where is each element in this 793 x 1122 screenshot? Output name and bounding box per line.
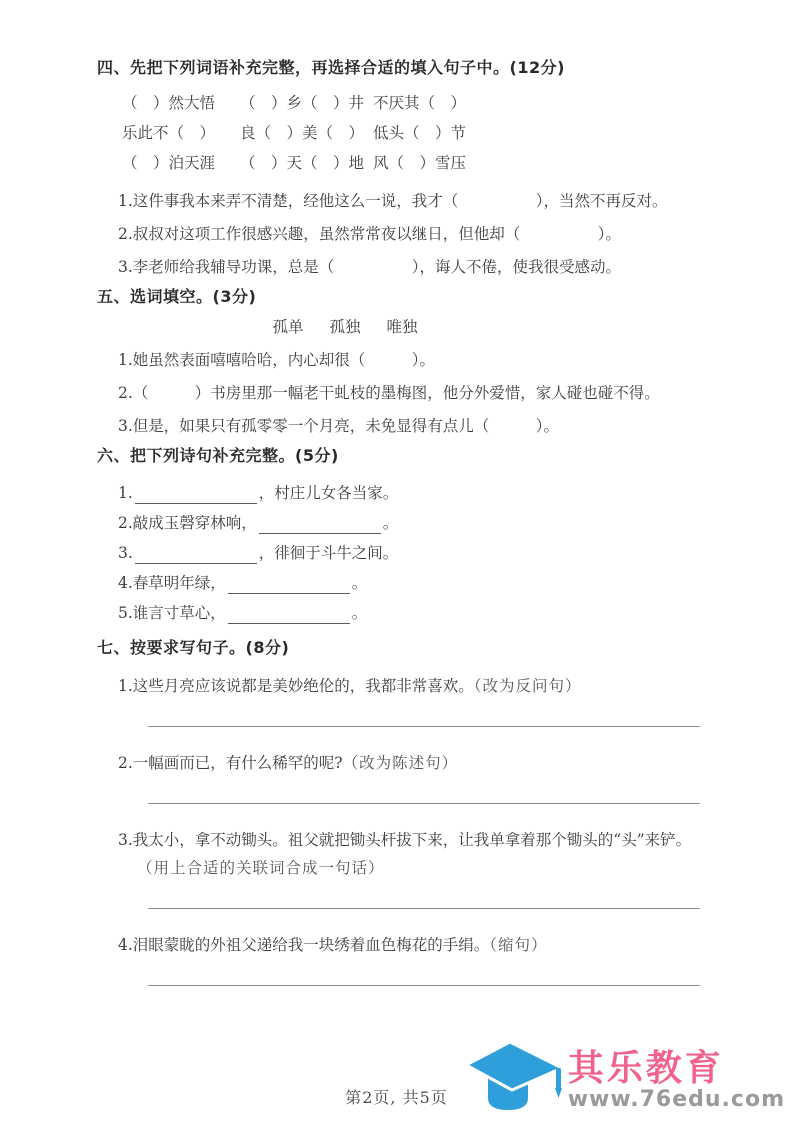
section-four: 四、先把下列词语补充完整，再选择合适的填入句子中。(12分) （ ）然大悟 （ … xyxy=(97,58,713,277)
idiom-blank: 乐此不（ ） xyxy=(122,123,240,143)
idiom-row: 乐此不（ ） 良（ ）美（ ） 低头（ ）节 xyxy=(122,118,713,148)
section-four-title: 四、先把下列词语补充完整，再选择合适的填入句子中。(12分) xyxy=(97,58,713,78)
section-seven: 七、按要求写句子。(8分) 1.这些月亮应该说都是美妙绝伦的，我都非常喜欢。（改… xyxy=(97,638,713,986)
idiom-blank: 低头（ ）节 xyxy=(373,123,713,143)
idiom-grid: （ ）然大悟 （ ）乡（ ）井 不厌其（ ） 乐此不（ ） 良（ ）美（ ） 低… xyxy=(122,88,713,178)
answer-line xyxy=(148,726,700,727)
idiom-blank: 风（ ）雪压 xyxy=(373,153,713,173)
poem-line-text: 5.谁言寸草心， xyxy=(118,602,226,624)
rewrite-question: 3.我太小，拿不动锄头。祖父就把锄头杆拔下来，让我单拿着那个锄头的“头”来铲。（… xyxy=(137,826,713,882)
brand-name: 其乐教育 xyxy=(568,1050,724,1088)
fill-in-question: 3.但是，如果只有孤零零一个月亮，未免显得有点儿（ ）。 xyxy=(137,416,713,436)
question-hint: （改为陈述句） xyxy=(343,754,459,772)
word-bank-item: 孤独 xyxy=(329,317,360,337)
question-hint: （缩句） xyxy=(489,936,547,954)
brand-text-block: 其乐教育 www.76edu.com xyxy=(568,1050,785,1120)
fill-in-question: 2.叔叔对这项工作很感兴趣，虽然常常夜以继日，但他却（ ）。 xyxy=(137,224,713,244)
word-bank-item: 孤单 xyxy=(272,317,303,337)
brand-website: www.76edu.com xyxy=(568,1088,785,1112)
poem-line-text: 。 xyxy=(383,512,399,534)
question-hint: （改为反问句） xyxy=(474,677,582,695)
word-bank: 孤单 孤独 唯独 xyxy=(97,317,593,337)
section-seven-title: 七、按要求写句子。(8分) xyxy=(97,638,713,658)
poem-blank-line xyxy=(228,608,350,624)
fill-in-question: 2.（ ）书房里那一幅老干虬枝的墨梅图，他分外爱惜，家人碰也碰不得。 xyxy=(137,383,713,403)
section-six-title: 六、把下列诗句补充完整。(5分) xyxy=(97,446,713,466)
poem-blank-line xyxy=(135,488,257,504)
idiom-row: （ ）然大悟 （ ）乡（ ）井 不厌其（ ） xyxy=(122,88,713,118)
poem-line: 5.谁言寸草心，。 xyxy=(118,594,713,624)
rewrite-question: 2.一幅画而已，有什么稀罕的呢?（改为陈述句） xyxy=(137,749,713,777)
idiom-blank: 良（ ）美（ ） xyxy=(240,123,373,143)
idiom-row: （ ）泊天涯 （ ）天（ ）地 风（ ）雪压 xyxy=(122,148,713,178)
answer-line xyxy=(148,803,700,804)
section-six: 六、把下列诗句补充完整。(5分) 1.，村庄儿女各当家。 2.敲成玉磬穿林响，。… xyxy=(97,446,713,624)
idiom-blank: 不厌其（ ） xyxy=(373,93,713,113)
poem-lines: 1.，村庄儿女各当家。 2.敲成玉磬穿林响，。 3.，徘徊于斗牛之间。 4.春草… xyxy=(97,474,713,624)
poem-line: 1.，村庄儿女各当家。 xyxy=(118,474,713,504)
poem-blank-line xyxy=(135,548,257,564)
answer-line xyxy=(148,985,700,986)
exam-page: 四、先把下列词语补充完整，再选择合适的填入句子中。(12分) （ ）然大悟 （ … xyxy=(0,0,793,1122)
fill-in-question: 1.这件事我本来弄不清楚，经他这么一说，我才（ ），当然不再反对。 xyxy=(137,191,713,211)
idiom-blank: （ ）天（ ）地 xyxy=(240,153,373,173)
answer-line xyxy=(148,908,700,909)
page-content: 四、先把下列词语补充完整，再选择合适的填入句子中。(12分) （ ）然大悟 （ … xyxy=(0,0,793,986)
brand-logo: 其乐教育 www.76edu.com xyxy=(464,1032,785,1120)
idiom-blank: （ ）乡（ ）井 xyxy=(240,93,373,113)
poem-blank-line xyxy=(228,578,350,594)
section-four-questions: 1.这件事我本来弄不清楚，经他这么一说，我才（ ），当然不再反对。 2.叔叔对这… xyxy=(97,191,713,277)
question-text: 4.泪眼蒙眬的外祖父递给我一块绣着血色梅花的手绢。 xyxy=(118,936,489,954)
poem-line-text: 。 xyxy=(352,602,368,624)
idiom-blank: （ ）泊天涯 xyxy=(122,153,240,173)
poem-line-text: 4.春草明年绿， xyxy=(118,572,226,594)
poem-line: 2.敲成玉磬穿林响，。 xyxy=(118,504,713,534)
fill-in-question: 3.李老师给我辅导功课，总是（ ），诲人不倦，使我很受感动。 xyxy=(137,257,713,277)
section-five-title: 五、选词填空。(3分) xyxy=(97,287,713,307)
section-five: 五、选词填空。(3分) 孤单 孤独 唯独 1.她虽然表面嘻嘻哈哈，内心却很（ ）… xyxy=(97,287,713,436)
poem-line-text: 。 xyxy=(352,572,368,594)
poem-line-text: 1. xyxy=(118,482,133,504)
idiom-blank: （ ）然大悟 xyxy=(122,93,240,113)
question-text: 2.一幅画而已，有什么稀罕的呢? xyxy=(118,754,343,772)
question-text: 3.我太小，拿不动锄头。祖父就把锄头杆拔下来，让我单拿着那个锄头的“头”来铲。 xyxy=(118,831,691,849)
word-bank-item: 唯独 xyxy=(387,317,418,337)
question-text: 1.这些月亮应该说都是美妙绝伦的，我都非常喜欢。 xyxy=(118,677,474,695)
poem-line: 4.春草明年绿，。 xyxy=(118,564,713,594)
graduation-cap-icon xyxy=(464,1032,564,1118)
poem-line: 3.，徘徊于斗牛之间。 xyxy=(118,534,713,564)
poem-line-text: ，村庄儿女各当家。 xyxy=(259,482,399,504)
poem-blank-line xyxy=(259,518,381,534)
poem-line-text: ，徘徊于斗牛之间。 xyxy=(259,542,399,564)
section-five-questions: 1.她虽然表面嘻嘻哈哈，内心却很（ ）。 2.（ ）书房里那一幅老干虬枝的墨梅图… xyxy=(97,350,713,436)
question-hint: （用上合适的关联词合成一句话） xyxy=(137,859,385,877)
poem-line-text: 2.敲成玉磬穿林响， xyxy=(118,512,257,534)
poem-line-text: 3. xyxy=(118,542,133,564)
rewrite-question: 4.泪眼蒙眬的外祖父递给我一块绣着血色梅花的手绢。（缩句） xyxy=(137,931,713,959)
fill-in-question: 1.她虽然表面嘻嘻哈哈，内心却很（ ）。 xyxy=(137,350,713,370)
rewrite-question: 1.这些月亮应该说都是美妙绝伦的，我都非常喜欢。（改为反问句） xyxy=(137,672,713,700)
